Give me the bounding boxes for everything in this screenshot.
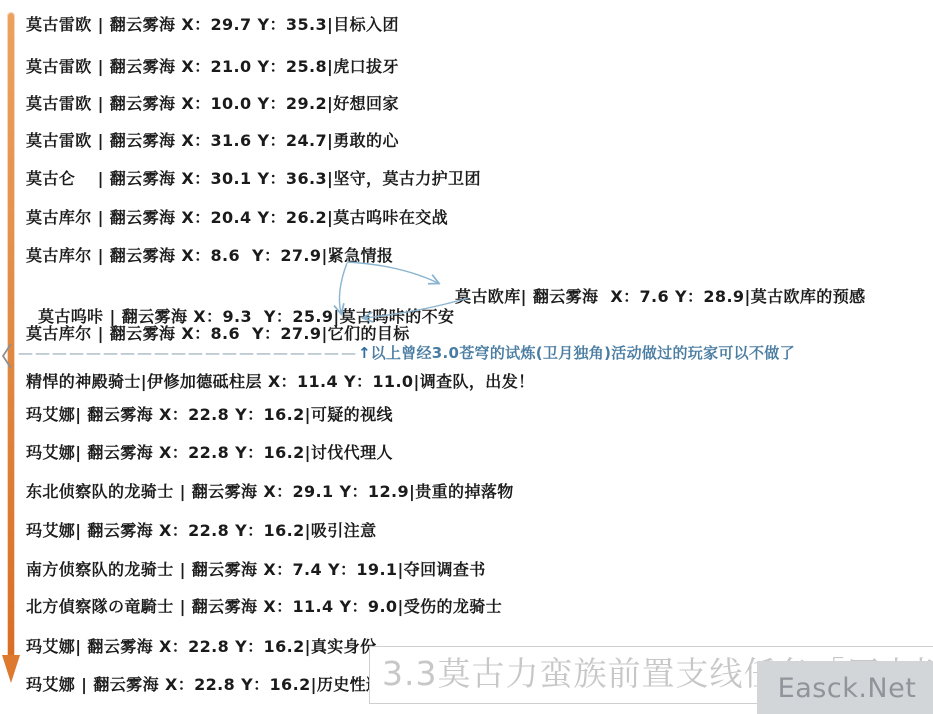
quest-row: 莫古库尔 | 翻云雾海 X：8.6 Y：27.9|它们的目标 — [26, 324, 410, 344]
quest-row: 莫古雷欧 | 翻云雾海 X：31.6 Y：24.7|勇敢的心 — [26, 131, 399, 151]
quest-row-branch: 莫古欧库| 翻云雾海 X：7.6 Y：28.9|莫古欧库的预感 — [455, 287, 866, 307]
quest-row: 莫古库尔 | 翻云雾海 X：20.4 Y：26.2|莫古呜咔在交战 — [26, 208, 448, 228]
quest-row: 玛艾娜| 翻云雾海 X：22.8 Y：16.2|可疑的视线 — [26, 405, 393, 425]
prev-chevron-icon[interactable] — [0, 340, 16, 372]
timeline-arrow-line — [8, 13, 14, 658]
up-arrow-icon: ↑ — [358, 344, 371, 362]
quest-row: 莫古库尔 | 翻云雾海 X：8.6 Y：27.9|紧急情报 — [26, 246, 393, 266]
quest-row: 南方侦察队的龙骑士 | 翻云雾海 X：7.4 Y：19.1|夺回调查书 — [26, 560, 486, 580]
quest-row: 玛艾娜| 翻云雾海 X：22.8 Y：16.2|真实身份 — [26, 637, 376, 657]
separator-dashes: ———————————————————— — [18, 344, 358, 362]
site-badge: Easck.Net — [757, 661, 933, 714]
section-separator: ————————————————————↑以上曾经3.0苍穹的试炼(卫月独角)活… — [18, 344, 795, 362]
quest-row: 莫古雷欧 | 翻云雾海 X：21.0 Y：25.8|虎口拔牙 — [26, 57, 399, 77]
quest-row: 精悍的神殿骑士|伊修加德砥柱层 X：11.4 Y：11.0|调查队，出发！ — [26, 372, 535, 392]
quest-row: 玛艾娜| 翻云雾海 X：22.8 Y：16.2|讨伐代理人 — [26, 443, 393, 463]
quest-row: 东北侦察队的龙骑士 | 翻云雾海 X：29.1 Y：12.9|贵重的掉落物 — [26, 482, 514, 502]
separator-note: 以上曾经3.0苍穹的试炼(卫月独角)活动做过的玩家可以不做了 — [371, 344, 795, 362]
quest-row: 北方偵察隊の竜騎士 | 翻云雾海 X：11.4 Y：9.0|受伤的龙骑士 — [26, 597, 502, 617]
quest-row: 莫古雷欧 | 翻云雾海 X：10.0 Y：29.2|好想回家 — [26, 94, 399, 114]
quest-row: 莫古仑 | 翻云雾海 X：30.1 Y：36.3|坚守，莫古力护卫团 — [26, 169, 481, 189]
quest-row: 玛艾娜 | 翻云雾海 X：22.8 Y：16.2|历史性邂逅 — [26, 675, 399, 695]
timeline-arrow-head-icon — [2, 655, 20, 683]
quest-row: 玛艾娜| 翻云雾海 X：22.8 Y：16.2|吸引注意 — [26, 521, 376, 541]
quest-row: 莫古雷欧 | 翻云雾海 X：29.7 Y：35.3|目标入团 — [26, 15, 399, 35]
site-badge-text: Easck.Net — [778, 673, 917, 704]
